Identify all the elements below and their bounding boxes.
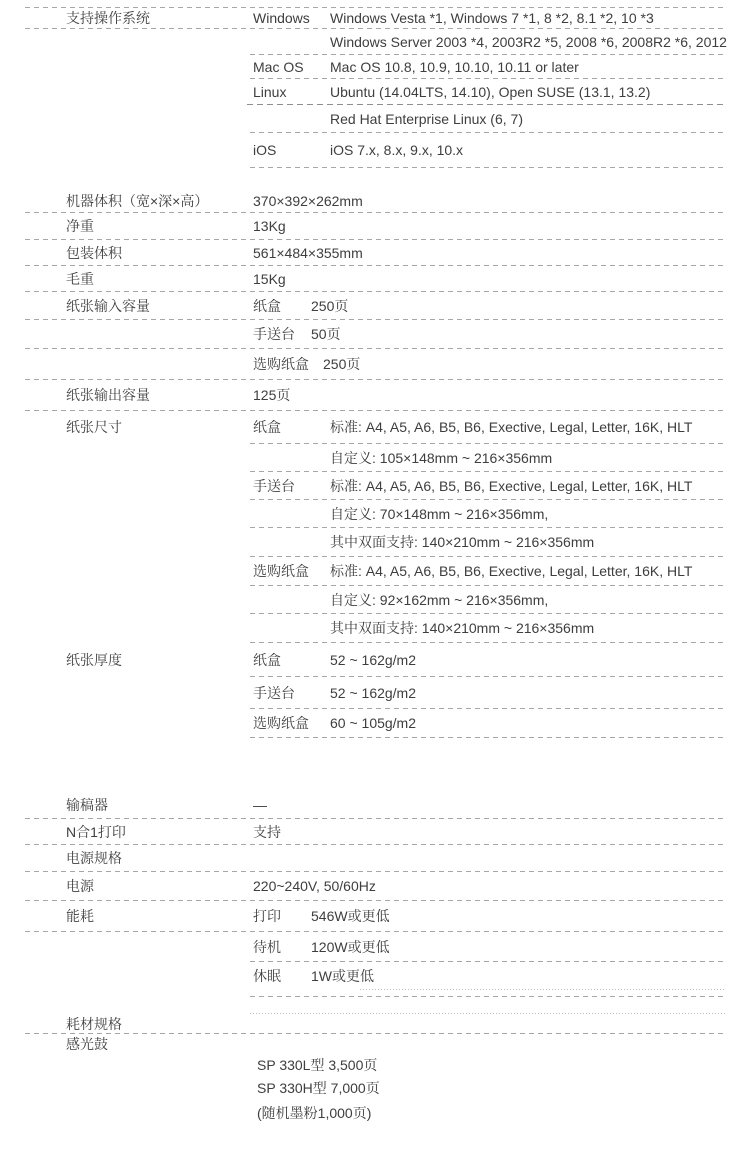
- row-label: 纸张厚度: [0, 652, 253, 668]
- table-row: (随机墨粉1,000页): [0, 1100, 750, 1126]
- row-value: 1W或更低: [311, 968, 750, 984]
- table-row: 手送台 标准: A4, A5, A6, B5, B6, Exective, Le…: [0, 472, 750, 500]
- row-mid: 纸盒: [253, 298, 297, 314]
- table-row: 选购纸盒 标准: A4, A5, A6, B5, B6, Exective, L…: [0, 557, 750, 586]
- table-row: 休眠 1W或更低: [0, 962, 750, 990]
- row-label: 电源: [0, 878, 253, 894]
- row-mid: 手送台: [253, 326, 297, 342]
- table-row: iOS iOS 7.x, 8.x, 9.x, 10.x: [0, 133, 750, 168]
- row-mid: 支持: [253, 824, 281, 840]
- row-mid: 纸盒: [253, 419, 330, 435]
- row-value: Windows Vesta *1, Windows 7 *1, 8 *2, 8.…: [330, 10, 750, 26]
- row-label: 机器体积（宽×深×高）: [0, 193, 253, 209]
- table-row: 支持操作系统 Windows Windows Vesta *1, Windows…: [0, 8, 750, 29]
- row-mid: 125页: [253, 387, 290, 403]
- row-value: 自定义: 70×148mm ~ 216×356mm,: [330, 506, 750, 522]
- row-value: 标准: A4, A5, A6, B5, B6, Exective, Legal,…: [330, 563, 750, 579]
- row-mid: 手送台: [253, 478, 330, 494]
- row-label: N合1打印: [0, 824, 253, 840]
- table-row: [0, 168, 750, 190]
- row-label: 支持操作系统: [0, 10, 253, 26]
- spec-sheet-page: 支持操作系统 Windows Windows Vesta *1, Windows…: [0, 0, 750, 1168]
- table-row: 包装体积 561×484×355mm: [0, 240, 750, 266]
- row-mid: 220~240V, 50/60Hz: [253, 878, 376, 894]
- row-label: 耗材规格: [0, 1016, 253, 1032]
- row-value: Red Hat Enterprise Linux (6, 7): [330, 111, 750, 127]
- row-value: 250页: [323, 356, 750, 372]
- row-value: Mac OS 10.8, 10.9, 10.10, 10.11 or later: [330, 59, 750, 75]
- table-row: 电源 220~240V, 50/60Hz: [0, 872, 750, 901]
- table-row: 手送台 50页: [0, 320, 750, 349]
- table-row: SP 330H型 7,000页: [0, 1076, 750, 1100]
- table-row: [0, 0, 750, 8]
- table-row: 选购纸盒 250页: [0, 349, 750, 380]
- row-mid: 选购纸盒: [253, 356, 309, 372]
- table-row: Windows Server 2003 *4, 2003R2 *5, 2008 …: [0, 29, 750, 55]
- row-mid: 15Kg: [253, 271, 286, 287]
- table-row: 选购纸盒 60 ~ 105g/m2: [0, 709, 750, 738]
- row-value: Windows Server 2003 *4, 2003R2 *5, 2008 …: [330, 34, 750, 50]
- table-row: 纸张输出容量 125页: [0, 380, 750, 411]
- spec-table: 支持操作系统 Windows Windows Vesta *1, Windows…: [0, 0, 750, 1126]
- table-row: 耗材规格: [0, 1014, 750, 1034]
- table-row: 纸张厚度 纸盒 52 ~ 162g/m2: [0, 643, 750, 677]
- row-value: 52 ~ 162g/m2: [330, 652, 750, 668]
- row-mid: 561×484×355mm: [253, 245, 363, 261]
- row-mid: 待机: [253, 939, 297, 955]
- table-row: 毛重 15Kg: [0, 266, 750, 292]
- table-row: [0, 738, 750, 792]
- row-label: 能耗: [0, 908, 253, 924]
- row-mid: (随机墨粉1,000页): [253, 1105, 371, 1121]
- row-mid: 休眠: [253, 968, 297, 984]
- table-row: 机器体积（宽×深×高） 370×392×262mm: [0, 190, 750, 213]
- row-value: iOS 7.x, 8.x, 9.x, 10.x: [330, 142, 750, 158]
- row-value: 52 ~ 162g/m2: [330, 685, 750, 701]
- row-mid: 纸盒: [253, 652, 330, 668]
- row-value: 自定义: 92×162mm ~ 216×356mm,: [330, 592, 750, 608]
- table-row: 手送台 52 ~ 162g/m2: [0, 677, 750, 709]
- row-value: Ubuntu (14.04LTS, 14.10), Open SUSE (13.…: [330, 84, 750, 100]
- row-mid: 选购纸盒: [253, 715, 330, 731]
- row-label: 纸张尺寸: [0, 419, 253, 435]
- table-row: [0, 997, 750, 1014]
- row-value: 标准: A4, A5, A6, B5, B6, Exective, Legal,…: [330, 419, 750, 435]
- row-value: 250页: [311, 298, 750, 314]
- row-value: 546W或更低: [311, 908, 750, 924]
- table-row: 电源规格: [0, 845, 750, 872]
- table-row: 其中双面支持: 140×210mm ~ 216×356mm: [0, 528, 750, 557]
- table-row: 感光鼓: [0, 1034, 750, 1054]
- row-value: 120W或更低: [311, 939, 750, 955]
- table-row: 输稿器 —: [0, 792, 750, 819]
- row-mid: iOS: [253, 142, 330, 158]
- table-row: Mac OS Mac OS 10.8, 10.9, 10.10, 10.11 o…: [0, 55, 750, 79]
- row-value: 50页: [311, 326, 750, 342]
- table-row: 能耗 打印 546W或更低: [0, 901, 750, 932]
- row-mid: 手送台: [253, 685, 330, 701]
- row-mid: 370×392×262mm: [253, 193, 363, 209]
- row-label: 电源规格: [0, 850, 253, 866]
- table-row: 自定义: 70×148mm ~ 216×356mm,: [0, 500, 750, 528]
- table-row: 自定义: 92×162mm ~ 216×356mm,: [0, 586, 750, 614]
- row-value: 其中双面支持: 140×210mm ~ 216×356mm: [330, 534, 750, 550]
- table-row: SP 330L型 3,500页: [0, 1054, 750, 1076]
- row-mid: —: [253, 797, 267, 813]
- table-row: Linux Ubuntu (14.04LTS, 14.10), Open SUS…: [0, 79, 750, 105]
- row-value: 60 ~ 105g/m2: [330, 715, 750, 731]
- table-row: [0, 990, 750, 997]
- row-mid: Windows: [253, 10, 330, 26]
- row-mid: SP 330L型 3,500页: [253, 1057, 377, 1073]
- row-value: 自定义: 105×148mm ~ 216×356mm: [330, 450, 750, 466]
- table-row: 自定义: 105×148mm ~ 216×356mm: [0, 444, 750, 472]
- row-label: 包装体积: [0, 245, 253, 261]
- row-label: 纸张输出容量: [0, 387, 253, 403]
- row-mid: SP 330H型 7,000页: [253, 1080, 380, 1096]
- row-label: 纸张输入容量: [0, 298, 253, 314]
- row-value: 其中双面支持: 140×210mm ~ 216×356mm: [330, 620, 750, 636]
- row-mid: 打印: [253, 908, 297, 924]
- row-mid: 选购纸盒: [253, 563, 330, 579]
- row-label: 净重: [0, 218, 253, 234]
- row-value: 标准: A4, A5, A6, B5, B6, Exective, Legal,…: [330, 478, 750, 494]
- table-row: 纸张输入容量 纸盒 250页: [0, 292, 750, 320]
- row-mid: Mac OS: [253, 59, 330, 75]
- row-mid: Linux: [253, 84, 330, 100]
- table-row: Red Hat Enterprise Linux (6, 7): [0, 105, 750, 133]
- table-row: 纸张尺寸 纸盒 标准: A4, A5, A6, B5, B6, Exective…: [0, 411, 750, 444]
- table-row: N合1打印 支持: [0, 819, 750, 845]
- row-mid: 13Kg: [253, 218, 286, 234]
- row-label: 输稿器: [0, 797, 253, 813]
- table-row: 净重 13Kg: [0, 213, 750, 240]
- row-label: 感光鼓: [0, 1036, 253, 1052]
- row-label: 毛重: [0, 271, 253, 287]
- table-row: 其中双面支持: 140×210mm ~ 216×356mm: [0, 614, 750, 643]
- table-row: 待机 120W或更低: [0, 932, 750, 962]
